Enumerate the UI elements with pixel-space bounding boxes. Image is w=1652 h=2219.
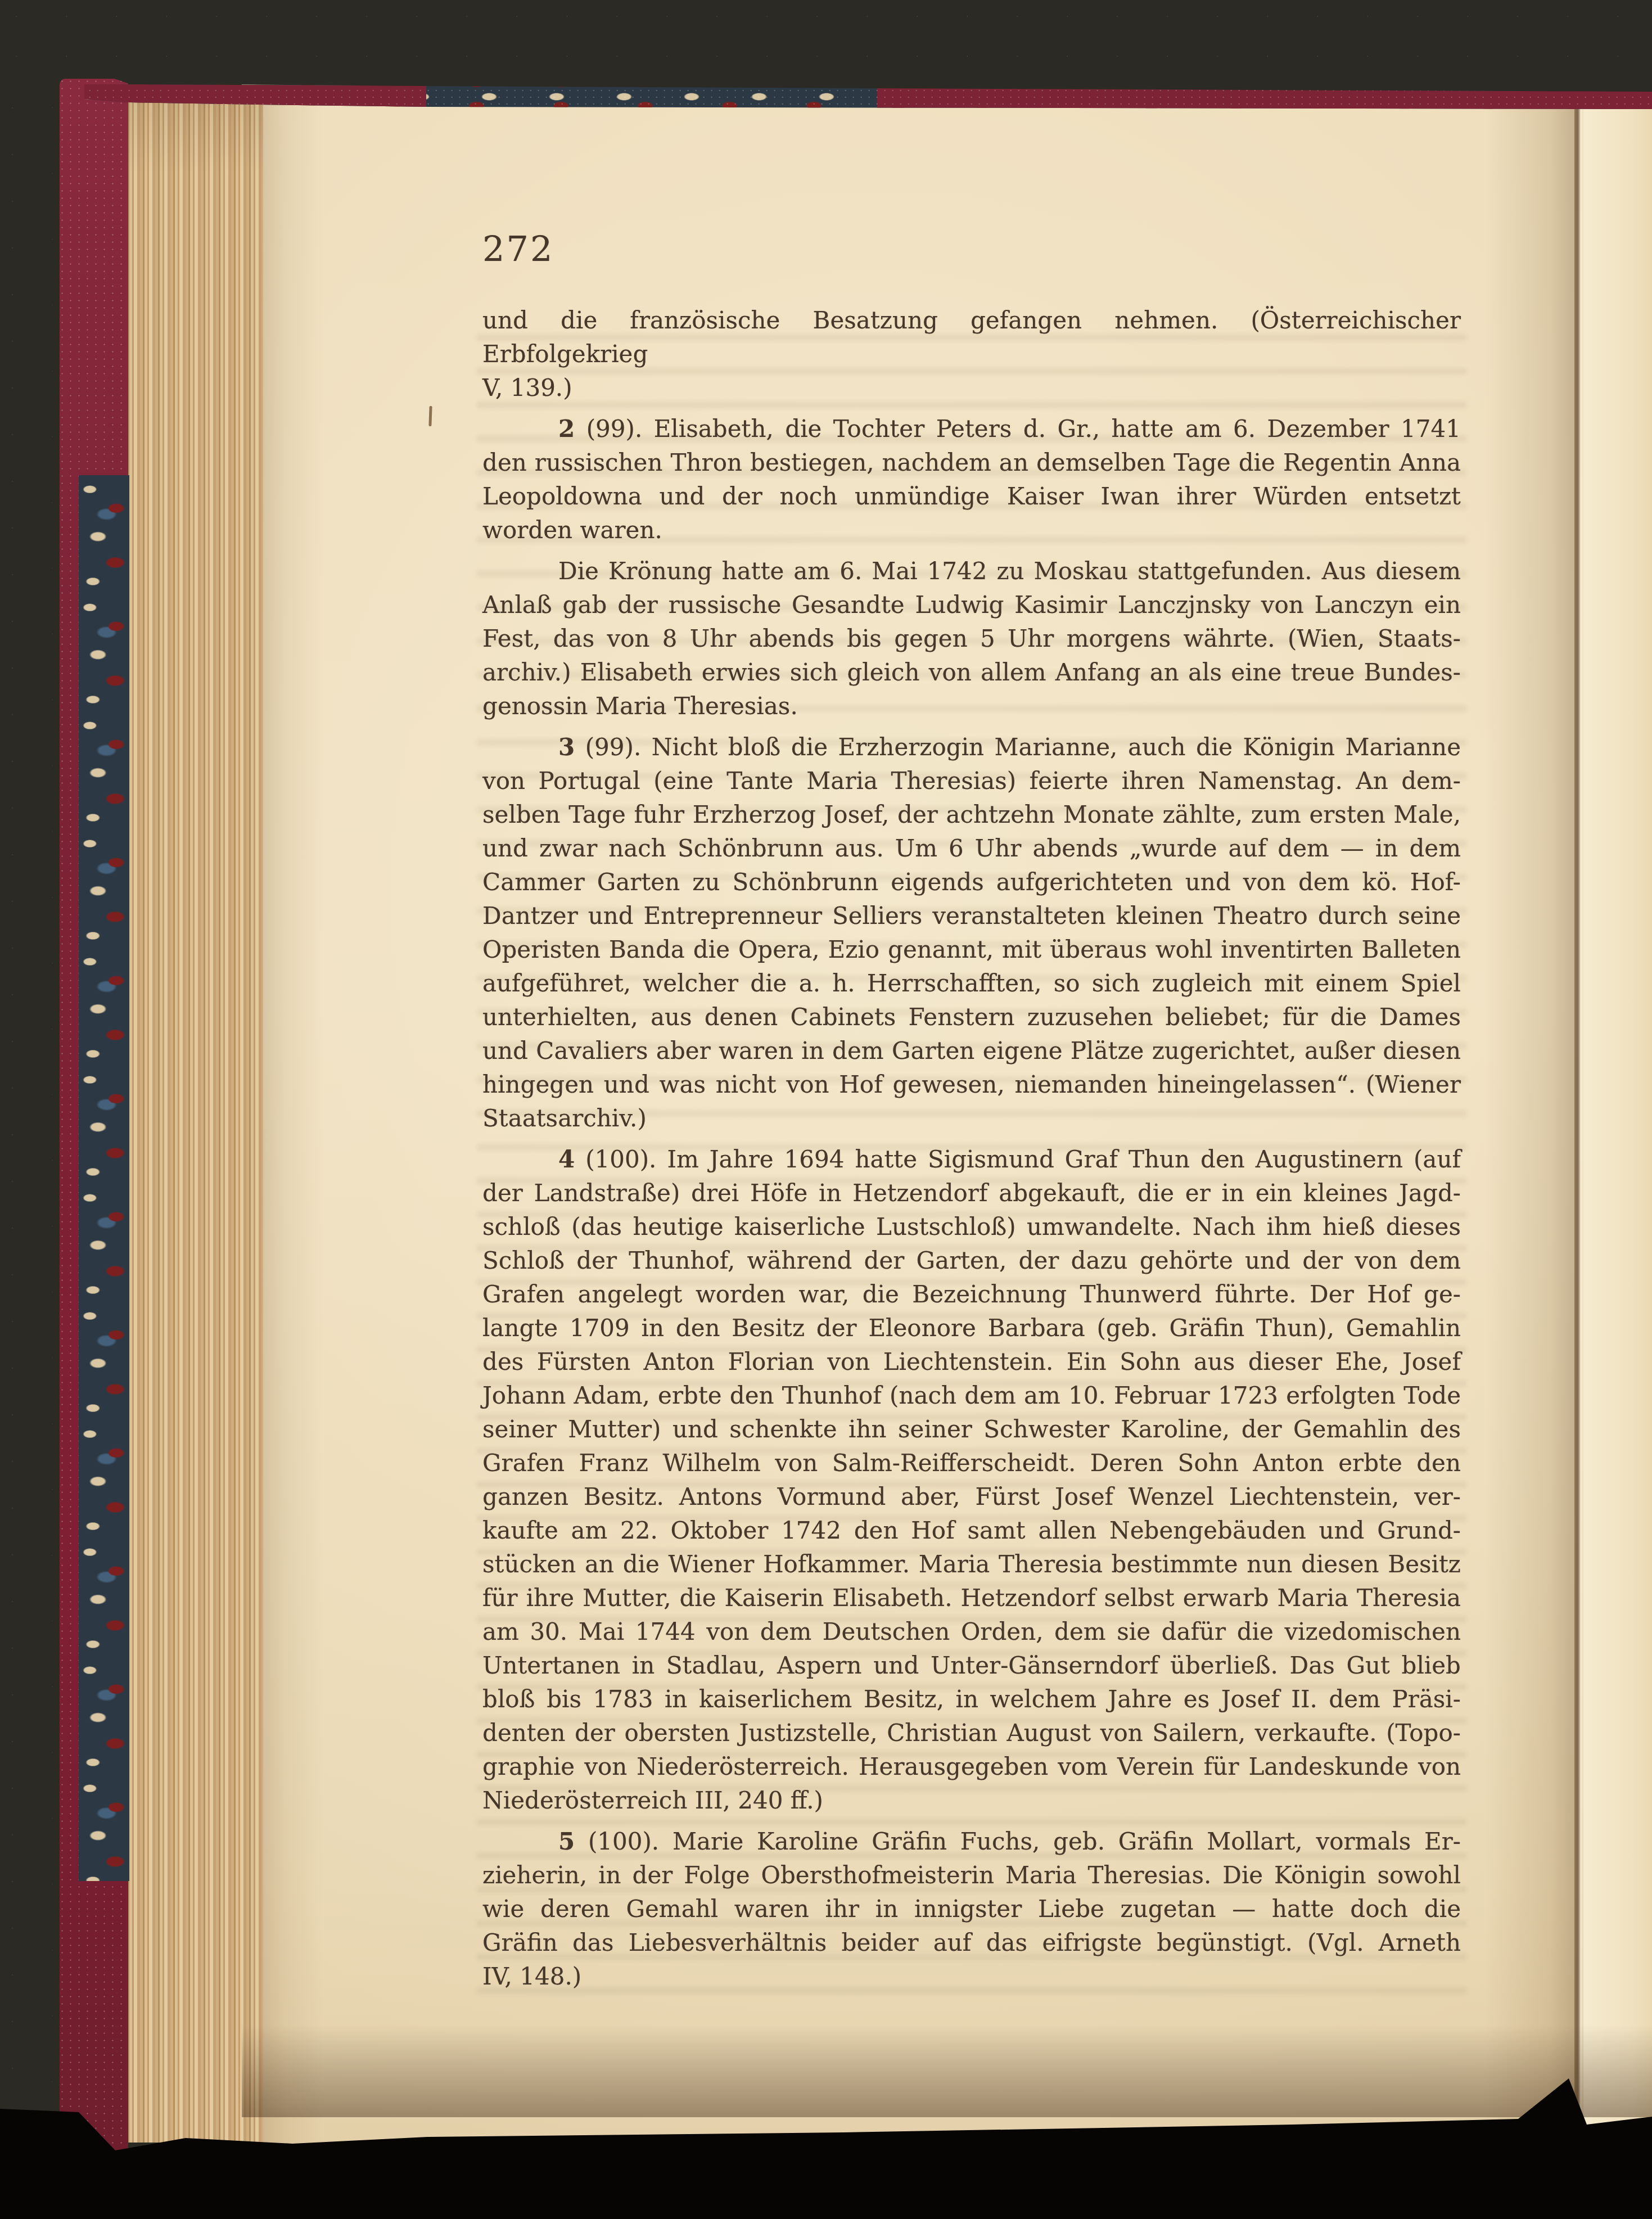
text-line: V, 139.) [482,371,1461,405]
text-line: Schloß der Thunhof, während der Garten, … [482,1244,1461,1278]
text-line: den russischen Thron bestiegen, nachdem … [482,446,1461,480]
facing-page-edge [1583,0,1652,2219]
text-line: und Cavaliers aber waren in dem Garten e… [482,1034,1461,1068]
text-line: des Fürsten Anton Florian von Liechtenst… [482,1345,1461,1379]
note-number: 4 [558,1145,575,1173]
text-line: der Landstraße) drei Höfe in Hetzendorf … [482,1176,1461,1210]
paragraph: und die französische Besatzung gefangen … [482,304,1461,405]
text-line: Operisten Banda die Opera, Ezio genannt,… [482,933,1461,967]
text-line: bloß bis 1783 in kaiserlichem Besitz, in… [482,1683,1461,1716]
text-line: archiv.) Elisabeth erwies sich gleich vo… [482,656,1461,689]
text-line: denten der obersten Justizstelle, Christ… [482,1716,1461,1750]
text-line: ganzen Besitz. Antons Vormund aber, Fürs… [482,1480,1461,1514]
text-line: selben Tage fuhr Erzherzog Josef, der ac… [482,798,1461,832]
paragraph: 5 (100). Marie Karoline Gräfin Fuchs, ge… [482,1825,1461,1994]
text-line: langte 1709 in den Besitz der Eleonore B… [482,1311,1461,1345]
text-line: 2 (99). Elisabeth, die Tochter Peters d.… [482,412,1461,446]
text-line: Fest, das von 8 Uhr abends bis gegen 5 U… [482,622,1461,656]
note-number: 2 [558,415,575,443]
text-line: aufgeführet, welcher die a. h. Herrschaf… [482,967,1461,1000]
note-number: 5 [558,1828,575,1855]
note-number: 3 [558,733,575,761]
text-line: Gräfin das Liebesverhältnis beider auf d… [482,1926,1461,1960]
text-line: graphie von Niederösterreich. Herausgege… [482,1750,1461,1784]
page-number: 272 [482,228,554,269]
page-stack-edges [125,94,263,2143]
text-line: und zwar nach Schönbrunn aus. Um 6 Uhr a… [482,832,1461,865]
gutter-crease [1574,34,1583,2140]
gutter-shading [1484,34,1578,2140]
text-line: 4 (100). Im Jahre 1694 hatte Sigismund G… [482,1143,1461,1176]
text-block: und die französische Besatzung gefangen … [482,304,1461,1994]
text-line: kaufte am 22. Oktober 1742 den Hof samt … [482,1514,1461,1548]
text-line: Dantzer und Entreprenneur Selliers veran… [482,899,1461,933]
text-line: am 30. Mai 1744 von dem Deutschen Orden,… [482,1615,1461,1649]
text-line: Johann Adam, erbte den Thunhof (nach dem… [482,1379,1461,1413]
text-line: 5 (100). Marie Karoline Gräfin Fuchs, ge… [482,1825,1461,1859]
text-line: von Portugal (eine Tante Maria Theresias… [482,764,1461,798]
text-line: IV, 148.) [482,1960,1461,1994]
text-line: worden waren. [482,513,1461,547]
text-line: Untertanen in Stadlau, Aspern und Unter-… [482,1649,1461,1683]
text-line: Grafen angelegt worden war, die Bezeichn… [482,1278,1461,1311]
text-line: und die französische Besatzung gefangen … [482,304,1461,371]
paragraph: Die Krönung hatte am 6. Mai 1742 zu Mosk… [482,554,1461,723]
text-line: stücken an die Wiener Hofkammer. Maria T… [482,1548,1461,1581]
fore-edge-shading [256,84,323,2152]
text-line: Die Krönung hatte am 6. Mai 1742 zu Mosk… [482,554,1461,588]
book-scan: 272 und die französische Besatzung gefan… [0,0,1652,2219]
text-line: Niederösterreich III, 240 ff.) [482,1784,1461,1817]
text-line: für ihre Mutter, die Kaiserin Elisabeth.… [482,1581,1461,1615]
text-line: wie deren Gemahl waren ihr in innigster … [482,1892,1461,1926]
text-line: Staatsarchiv.) [482,1102,1461,1135]
text-line: hingegen und was nicht von Hof gewesen, … [482,1068,1461,1102]
paragraph: 4 (100). Im Jahre 1694 hatte Sigismund G… [482,1143,1461,1817]
marbled-endpaper-edge [79,475,129,1881]
text-line: Leopoldowna und der noch unmündige Kaise… [482,480,1461,513]
paragraph: 2 (99). Elisabeth, die Tochter Peters d.… [482,412,1461,547]
text-line: Cammer Garten zu Schönbrunn eigends aufg… [482,865,1461,899]
text-line: schloß (das heutige kaiserliche Lustschl… [482,1210,1461,1244]
text-line: genossin Maria Theresias. [482,689,1461,723]
text-line: seiner Mutter) und schenkte ihn seiner S… [482,1413,1461,1446]
text-line: Grafen Franz Wilhelm von Salm-Reiffersch… [482,1446,1461,1480]
page-bottom-shading [242,2024,1652,2117]
text-line: zieherin, in der Folge Obersthofmeisteri… [482,1859,1461,1892]
text-line: Anlaß gab der russische Gesandte Ludwig … [482,588,1461,622]
text-line: 3 (99). Nicht bloß die Erzherzogin Maria… [482,730,1461,764]
paragraph: 3 (99). Nicht bloß die Erzherzogin Maria… [482,730,1461,1135]
text-line: unterhielten, aus denen Cabinets Fenster… [482,1000,1461,1034]
